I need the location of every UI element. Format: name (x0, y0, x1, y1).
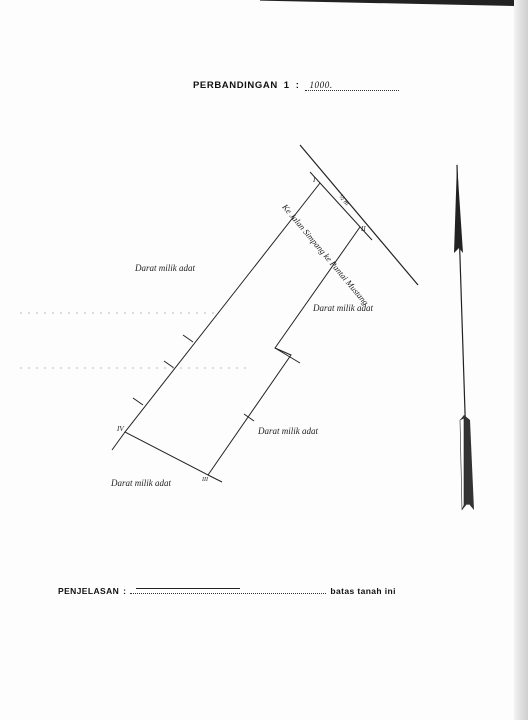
legend-colon: : (123, 586, 126, 596)
survey-document-page: PERBANDINGAN 1 : 1000. Ke Jalan Simpang … (0, 0, 528, 720)
corner-marker-4: IV (117, 425, 124, 433)
legend-line-sample (130, 585, 326, 594)
corner-marker-3: III (202, 477, 208, 483)
legend-line: PENJELASAN : batas tanah ini (58, 585, 396, 596)
corner-marker-2: II (361, 225, 366, 233)
road-line (300, 145, 418, 285)
legend-text: batas tanah ini (330, 586, 396, 596)
neighbor-label-west: Darat milik adat (135, 263, 195, 273)
neighbor-label-southeast: Darat milik adat (258, 426, 318, 436)
north-arrow-icon (454, 163, 474, 510)
legend-label: PENJELASAN (58, 586, 119, 596)
tick-mark (183, 335, 193, 342)
parcel-sketch-map (0, 0, 528, 720)
parcel-boundary (125, 183, 360, 475)
neighbor-label-south: Darat milik adat (111, 478, 171, 488)
neighbor-label-east: Darat milik adat (313, 303, 373, 313)
boundary-extension (112, 432, 125, 450)
tick-mark (164, 361, 174, 368)
boundary-extension (208, 475, 222, 482)
tick-mark (133, 398, 143, 405)
corner-marker-1: I (313, 176, 315, 184)
